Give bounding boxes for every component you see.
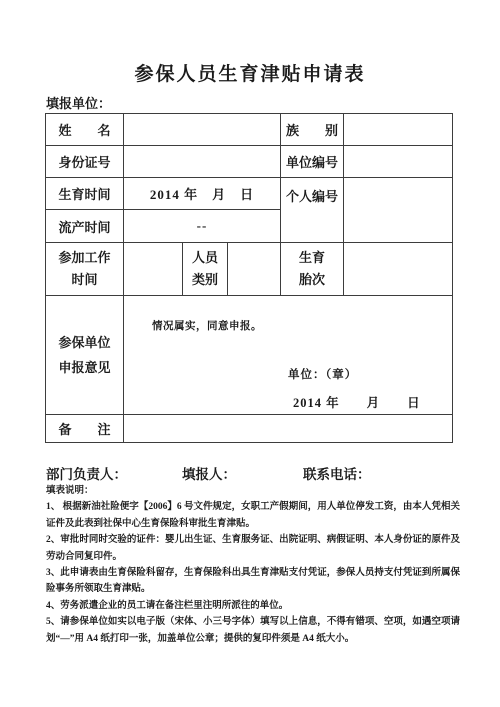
table-row: 身份证号 单位编号 [46, 146, 453, 178]
table-row: 姓 名 族 别 [46, 114, 453, 146]
personnel-category-label-line1: 人员 [183, 247, 227, 269]
document-page: 参保人员生育津贴申请表 填报单位： 姓 名 族 别 身份证号 单位编号 生育时间… [0, 0, 500, 707]
id-number-value-cell[interactable] [124, 146, 281, 178]
employer-opinion-cell[interactable]: 情况属实，同意申报。 单位：（章） 2014 年 月 日 [124, 296, 453, 415]
remarks-value-cell[interactable] [124, 415, 453, 443]
note-item-1: 1、 根据新油社险便字【2006】6 号文件规定，女职工产假期间，用人单位停发工… [46, 499, 460, 532]
page-title: 参保人员生育津贴申请表 [0, 59, 500, 86]
preparer-label: 填报人： [182, 463, 236, 483]
notes-section: 填表说明： 1、 根据新油社险便字【2006】6 号文件规定，女职工产假期间，用… [46, 483, 460, 647]
department-head-label: 部门负责人： [46, 463, 127, 483]
birth-order-value-cell[interactable] [344, 243, 453, 296]
personnel-category-label-line2: 类别 [183, 269, 227, 291]
unit-number-label: 单位编号 [281, 146, 344, 178]
filling-unit-label: 填报单位： [46, 93, 111, 112]
personnel-category-label: 人员 类别 [183, 243, 228, 296]
birth-order-label-line2: 胎次 [281, 269, 343, 291]
remarks-label: 备 注 [46, 415, 124, 443]
birth-date-value-cell[interactable]: 2014 年 月 日 [124, 178, 281, 210]
id-number-label: 身份证号 [46, 146, 124, 178]
ethnicity-value-cell[interactable] [344, 114, 453, 146]
note-item-2: 2、审批时同时交验的证件：婴儿出生证、生育服务证、出院证明、病假证明、本人身份证… [46, 532, 460, 565]
table-row: 备 注 [46, 415, 453, 443]
birth-order-label-line1: 生育 [281, 247, 343, 269]
application-form-table: 姓 名 族 别 身份证号 单位编号 生育时间 2014 年 月 日 个人编号 流… [45, 113, 453, 443]
ethnicity-label: 族 别 [281, 114, 344, 146]
unit-number-value-cell[interactable] [344, 146, 453, 178]
table-row: 参保单位 申报意见 情况属实，同意申报。 单位：（章） 2014 年 月 日 [46, 296, 453, 415]
birth-date-label: 生育时间 [46, 178, 124, 210]
notes-title: 填表说明： [46, 483, 460, 499]
personal-number-label: 个人编号 [281, 178, 344, 243]
table-row: 参加工作 时间 人员 类别 生育 胎次 [46, 243, 453, 296]
personal-number-value-cell[interactable] [344, 178, 453, 243]
note-item-4: 4、劳务派遣企业的员工请在备注栏里注明所派往的单位。 [46, 598, 460, 614]
work-start-label-line2: 时间 [46, 269, 123, 291]
birth-order-label: 生育 胎次 [281, 243, 344, 296]
miscarriage-date-value-cell[interactable]: -- [124, 210, 281, 243]
work-start-label: 参加工作 时间 [46, 243, 124, 296]
employer-opinion-label: 参保单位 申报意见 [46, 296, 124, 415]
personnel-category-value-cell[interactable] [228, 243, 281, 296]
table-row: 生育时间 2014 年 月 日 个人编号 [46, 178, 453, 210]
opinion-date-line: 2014 年 月 日 [293, 393, 421, 411]
work-start-value-cell[interactable] [124, 243, 183, 296]
note-item-5: 5、请参保单位如实以电子版（宋体、小三号字体）填写以上信息，不得有错项、空项，如… [46, 614, 460, 647]
opinion-statement: 情况属实，同意申报。 [152, 318, 262, 333]
unit-seal-line: 单位：（章） [288, 366, 357, 382]
name-label: 姓 名 [46, 114, 124, 146]
miscarriage-date-label: 流产时间 [46, 210, 124, 243]
note-item-3: 3、此申请表由生育保险科留存，生育保险科出具生育津贴支付凭证，参保人员持支付凭证… [46, 565, 460, 598]
contact-phone-label: 联系电话： [303, 463, 371, 483]
employer-opinion-label-line2: 申报意见 [46, 355, 123, 380]
name-value-cell[interactable] [124, 114, 281, 146]
employer-opinion-label-line1: 参保单位 [46, 330, 123, 355]
work-start-label-line1: 参加工作 [46, 247, 123, 269]
